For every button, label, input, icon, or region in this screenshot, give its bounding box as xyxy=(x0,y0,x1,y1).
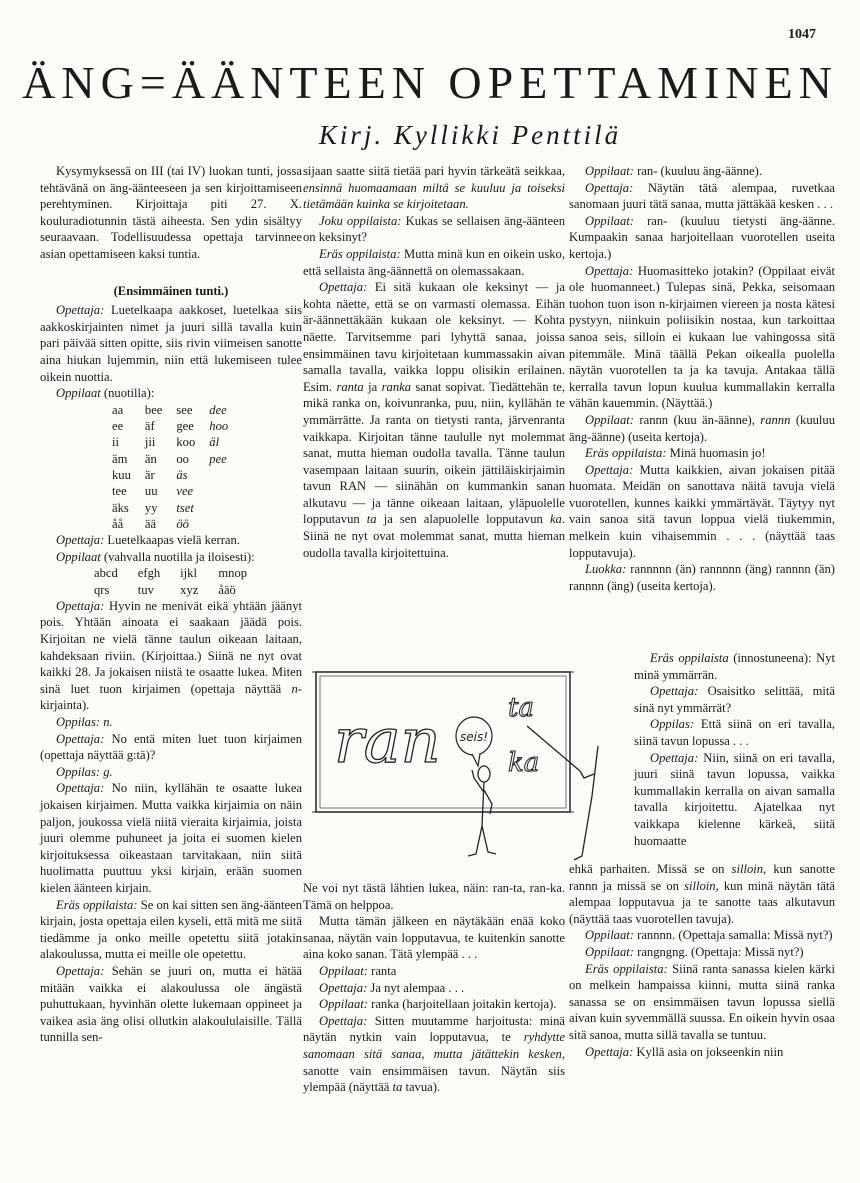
dialogue-paragraph: Oppilaat: rannnn. (Opettaja samalla: Mis… xyxy=(569,927,835,944)
lower-syllable: ka xyxy=(508,748,539,778)
dialogue-paragraph: Oppilaat: rannn (kuu än-äänne), rannn (k… xyxy=(569,412,835,445)
column-3-continued: ehkä parhaiten. Missä se on silloin, kun… xyxy=(569,861,835,1060)
dialogue-paragraph: Oppilas: n. xyxy=(40,714,302,731)
dialogue-paragraph: Opettaja: Niin, siinä on eri tavalla, ju… xyxy=(634,750,835,850)
column-2-continued: Ne voi nyt tästä lähtien lukea, näin: ra… xyxy=(303,880,565,1096)
section-heading: (Ensimmäinen tunti.) xyxy=(40,283,302,300)
blackboard-drawing: ran ta ka seis! xyxy=(312,666,602,876)
dialogue-paragraph: Opettaja: No niin, kyllähän te osaatte l… xyxy=(40,780,302,896)
speech-bubble-text: seis! xyxy=(460,730,488,744)
dialogue-paragraph: Opettaja: Mutta kaikkien, aivan jokaisen… xyxy=(569,462,835,562)
speaker-label: Opettaja: xyxy=(56,303,104,317)
upper-syllable: ta xyxy=(508,693,534,723)
dialogue-paragraph: Opettaja: Osaisitko selittää, mitä sinä … xyxy=(634,683,835,716)
dialogue-paragraph: Oppilas: Että siinä on eri tavalla, siin… xyxy=(634,716,835,749)
article-title: ÄNG=ÄÄNTEEN OPETTAMINEN xyxy=(0,60,860,106)
board-word: ran xyxy=(334,704,441,777)
dialogue-paragraph: Oppilaat: ran- (kuuluu tietysti äng-äänn… xyxy=(569,213,835,263)
dialogue-paragraph: Opettaja: Sehän se juuri on, mutta ei hä… xyxy=(40,963,302,1046)
dialogue-paragraph: sijaan saatte siitä tietää pari hyvin tä… xyxy=(303,163,565,213)
blackboard-illustration: ran ta ka seis! xyxy=(312,666,602,876)
article-author: Kirj. Kyllikki Penttilä xyxy=(40,120,860,151)
dialogue-paragraph: Opettaja: No entä miten luet tuon kirjai… xyxy=(40,731,302,764)
speaker-label: Oppilaat xyxy=(56,386,101,400)
page-number: 1047 xyxy=(788,27,816,43)
dialogue-paragraph: Oppilaat: rangngng. (Opettaja: Missä nyt… xyxy=(569,944,835,961)
dialogue-paragraph: Eräs oppilaista: Minä huomasin jo! xyxy=(569,445,835,462)
dialogue-paragraph: Mutta tämän jälkeen en näytäkään enää ko… xyxy=(303,913,565,963)
dialogue-paragraph: Opettaja: Ja nyt alempaa . . . xyxy=(303,980,565,997)
dialogue-paragraph: ehkä parhaiten. Missä se on silloin, kun… xyxy=(569,861,835,927)
dialogue-paragraph: Eräs oppilaista: Mutta minä kun en oikei… xyxy=(303,246,565,279)
dialogue-paragraph: Opettaja: Ei sitä kukaan ole keksinyt — … xyxy=(303,279,565,561)
intro-paragraph: Kysymyksessä on III (tai IV) luokan tunt… xyxy=(40,163,302,263)
dialogue-paragraph: Oppilaat (nuotilla): xyxy=(40,385,302,402)
dialogue-paragraph: Eräs oppilaista: Se on kai sitten sen än… xyxy=(40,897,302,963)
dialogue-paragraph: Oppilaat (vahvalla nuotilla ja iloisesti… xyxy=(40,549,302,566)
column-1: Kysymyksessä on III (tai IV) luokan tunt… xyxy=(40,163,302,1046)
alphabet-table: aabeeseedee eeäfgeehoo iijiikooäl ämänoo… xyxy=(112,402,242,532)
alphabet-fast-table: abcdefghijklmnop qrstuvxyzåäö xyxy=(94,565,267,598)
dialogue-paragraph: Ne voi nyt tästä lähtien lukea, näin: ra… xyxy=(303,880,565,913)
dialogue-paragraph: Oppilas: g. xyxy=(40,764,302,781)
dialogue-paragraph: Eräs oppilaista: Siinä ranta sanassa kie… xyxy=(569,961,835,1044)
dialogue-paragraph: Eräs oppilaista (innostuneena): Nyt minä… xyxy=(634,650,835,683)
dialogue-paragraph: Oppilaat: ranka (harjoitellaan joitakin … xyxy=(303,996,565,1013)
dialogue-paragraph: Opettaja: Hyvin ne menivät eikä yhtään j… xyxy=(40,598,302,714)
dialogue-paragraph: Opettaja: Näytän tätä alempaa, ruvetkaa … xyxy=(569,180,835,213)
dialogue-paragraph: Opettaja: Luetelkaapa aakkoset, luetelka… xyxy=(40,302,302,385)
dialogue-paragraph: Opettaja: Kyllä asia on jokseenkin niin xyxy=(569,1044,835,1061)
dialogue-paragraph: Oppilaat: ranta xyxy=(303,963,565,980)
dialogue-paragraph: Opettaja: Sitten muutamme harjoitusta: m… xyxy=(303,1013,565,1096)
column-2: sijaan saatte siitä tietää pari hyvin tä… xyxy=(303,163,565,561)
column-3-indented: Eräs oppilaista (innostuneena): Nyt minä… xyxy=(634,650,835,849)
column-3: Oppilaat: ran- (kuuluu äng-äänne). Opett… xyxy=(569,163,835,594)
dialogue-paragraph: Opettaja: Luetelkaapas vielä kerran. xyxy=(40,532,302,549)
dialogue-paragraph: Joku oppilaista: Kukas se sellaisen äng-… xyxy=(303,213,565,246)
dialogue-paragraph: Opettaja: Huomasitteko jotakin? (Oppilaa… xyxy=(569,263,835,412)
dialogue-paragraph: Oppilaat: ran- (kuuluu äng-äänne). xyxy=(569,163,835,180)
dialogue-paragraph: Luokka: rannnnn (än) rannnnn (äng) rannn… xyxy=(569,561,835,594)
